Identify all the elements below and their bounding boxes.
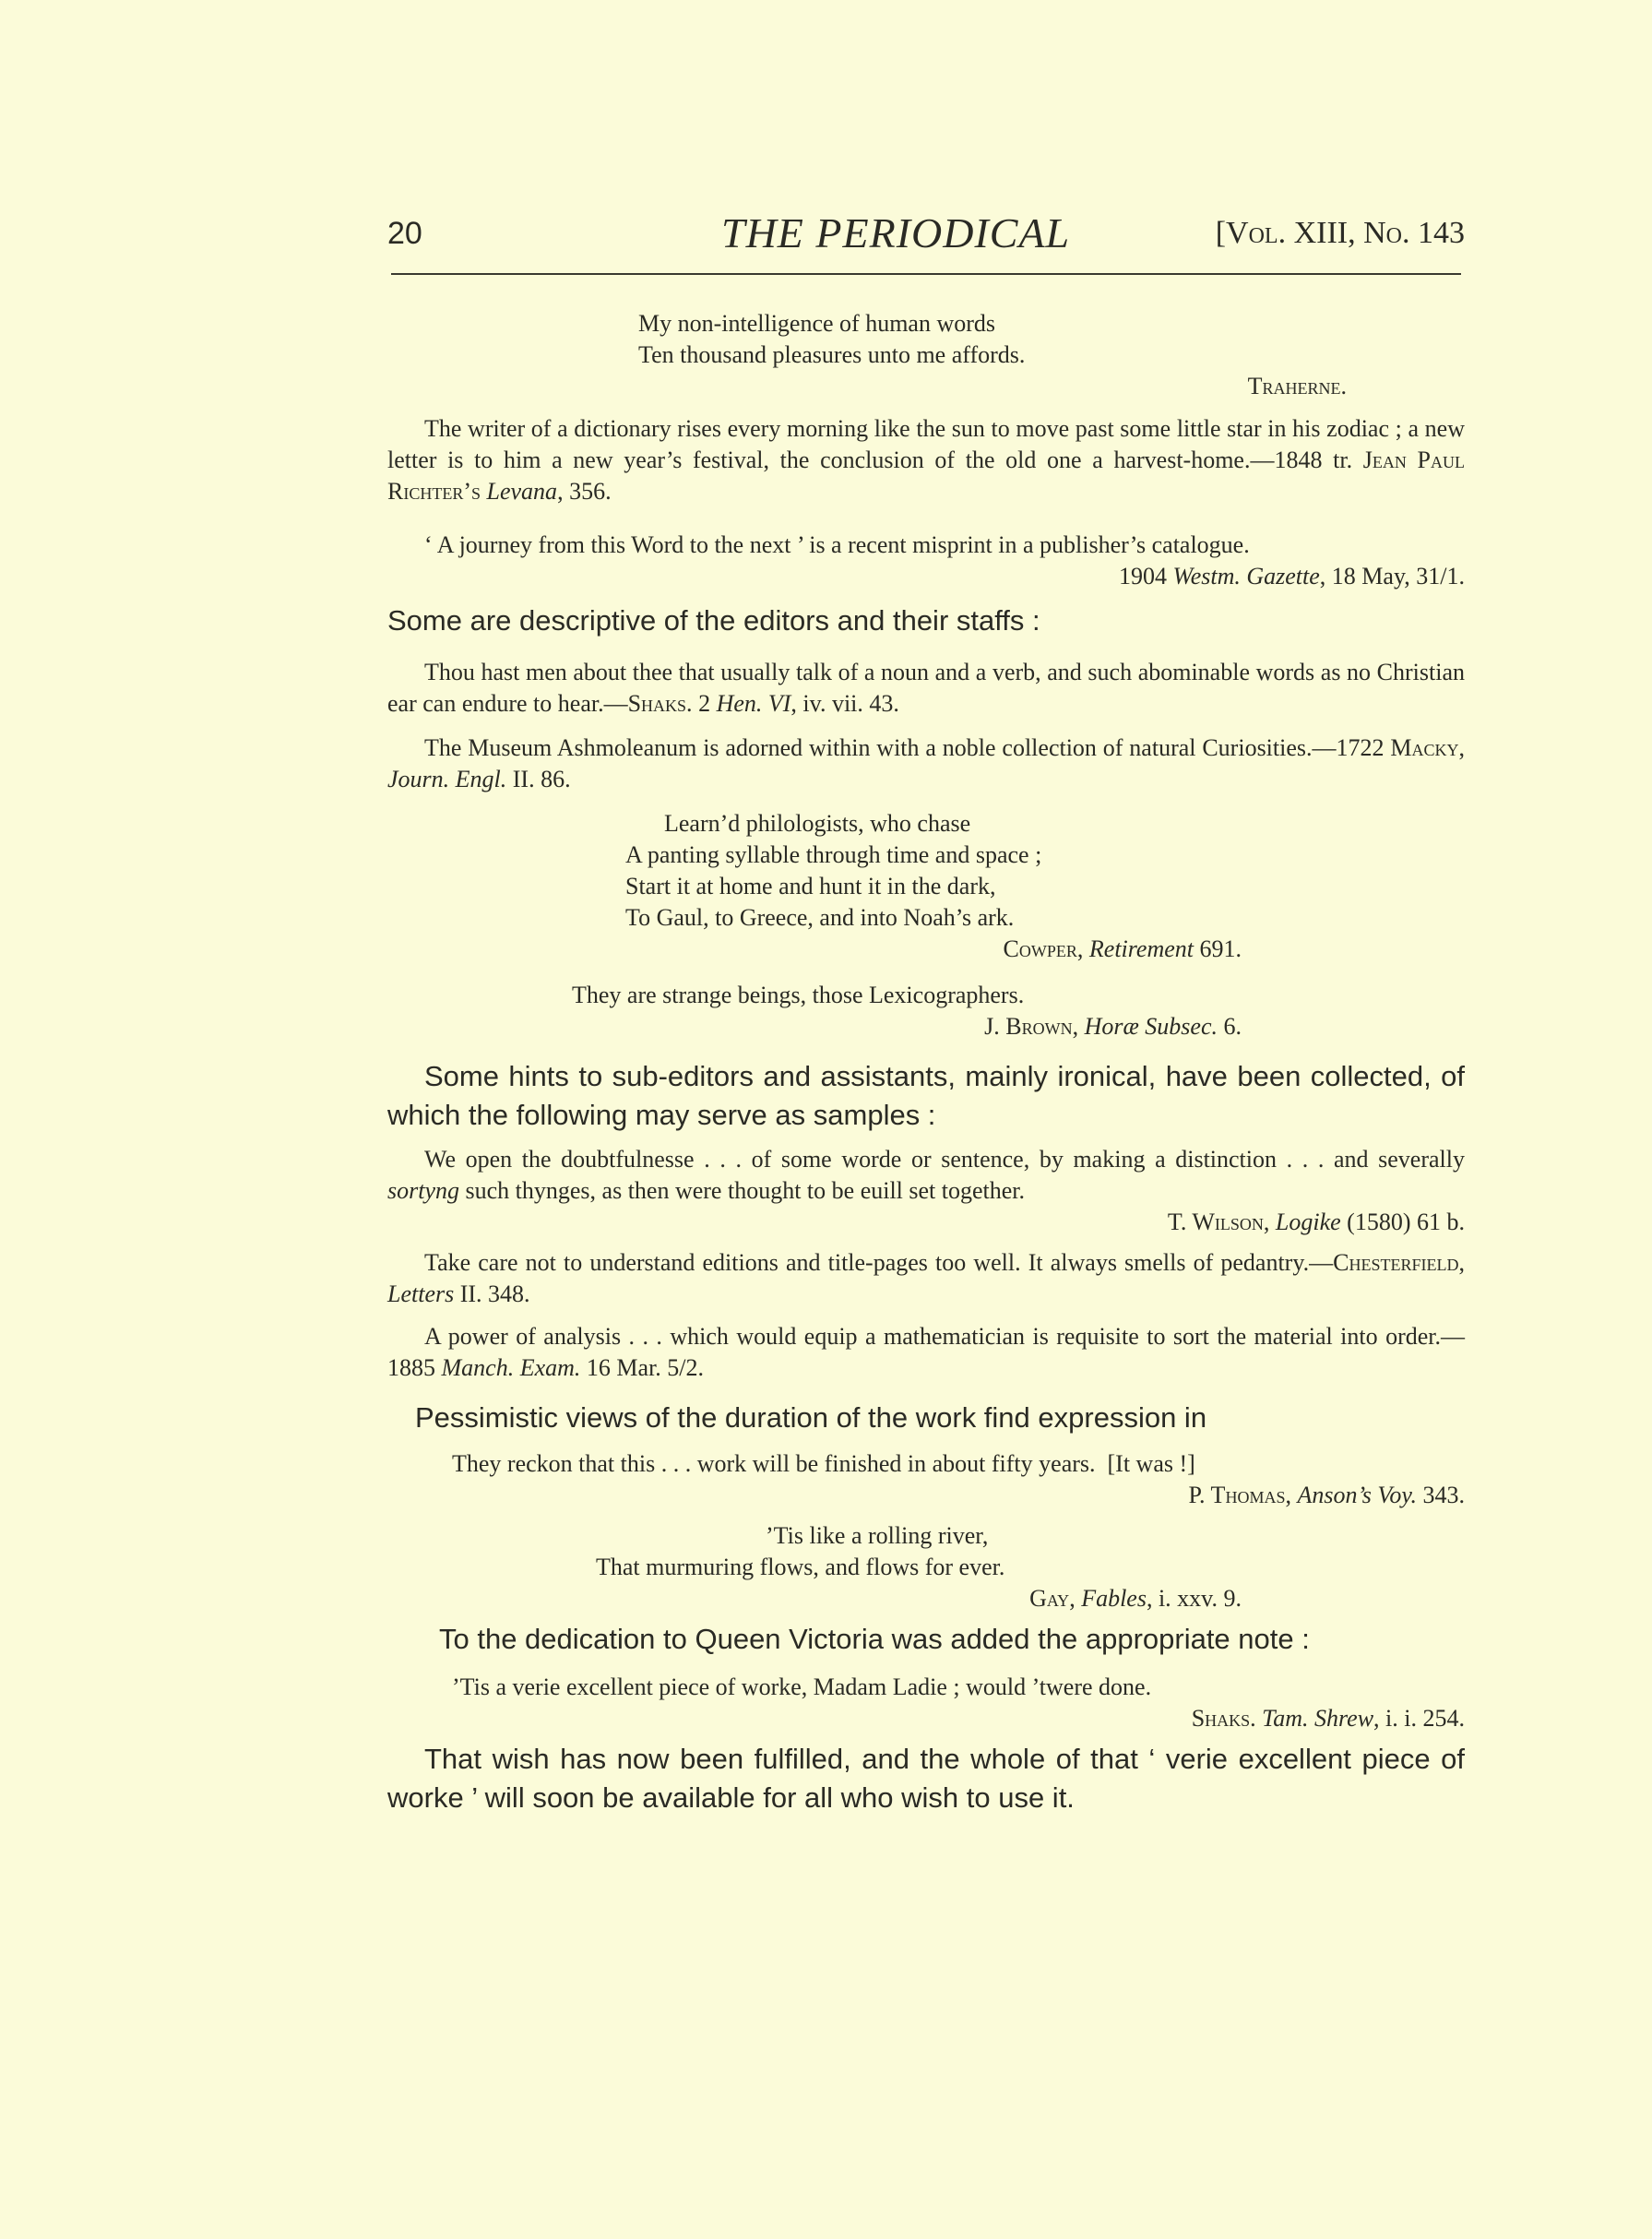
quote-chesterfield: Take care not to understand editions and…	[387, 1247, 1465, 1310]
poem-gay: ’Tis like a rolling river, That murmurin…	[387, 1520, 1465, 1614]
citation: Cowper, Retirement 691.	[387, 934, 1465, 965]
citation: T. Wilson, Logike (1580) 61 b.	[387, 1207, 1465, 1238]
page-number: 20	[387, 216, 422, 252]
citation-work: Levana	[487, 478, 558, 505]
header-rule	[391, 273, 1461, 275]
quote-macky: The Museum Ashmoleanum is adorned within…	[387, 732, 1465, 795]
section-heading: To the dedication to Queen Victoria was …	[387, 1620, 1465, 1659]
quote-shaks-shrew: ’Tis a verie excellent piece of worke, M…	[387, 1672, 1465, 1734]
epigraph: My non-intelligence of human words Ten t…	[387, 308, 1465, 402]
quote-shaks-henvi: Thou hast men about thee that usually ta…	[387, 657, 1465, 720]
quote-manch: A power of analysis . . . which would eq…	[387, 1321, 1465, 1384]
periodical-title: THE PERIODICAL	[721, 208, 1070, 257]
citation: Shaks. Tam. Shrew, i. i. 254.	[387, 1703, 1465, 1734]
section-heading: Some hints to sub-editors and assistants…	[387, 1057, 1465, 1135]
citation: Traherne.	[387, 371, 1465, 402]
citation: J. Brown, Horæ Subsec. 6.	[387, 1011, 1465, 1042]
section-heading: Pessimistic views of the duration of the…	[387, 1399, 1465, 1437]
volume-label: [Vol. XIII, No. 143	[1216, 216, 1465, 251]
citation: 1904 Westm. Gazette, 18 May, 31/1.	[387, 561, 1465, 592]
verse-line: My non-intelligence of human words	[387, 308, 1465, 339]
quote-wilson: We open the doubtfulnesse . . . of some …	[387, 1144, 1465, 1238]
section-heading: Some are descriptive of the editors and …	[387, 601, 1465, 640]
quote-thomas: They reckon that this . . . work will be…	[387, 1448, 1465, 1511]
quote-westm: ‘ A journey from this Word to the next ’…	[387, 530, 1465, 592]
verse-line: Ten thousand pleasures unto me affords.	[387, 339, 1465, 371]
running-header: 20 THE PERIODICAL [Vol. XIII, No. 143	[387, 208, 1465, 264]
quote-richter: The writer of a dictionary rises every m…	[387, 413, 1465, 507]
citation: Gay, Fables, i. xxv. 9.	[387, 1583, 1465, 1614]
poem-cowper: Learn’d philologists, who chase A pantin…	[387, 808, 1465, 965]
citation: P. Thomas, Anson’s Voy. 343.	[387, 1480, 1465, 1511]
closing-paragraph: That wish has now been fulfilled, and th…	[387, 1740, 1465, 1817]
quote-brown: They are strange beings, those Lexicogra…	[387, 980, 1465, 1042]
